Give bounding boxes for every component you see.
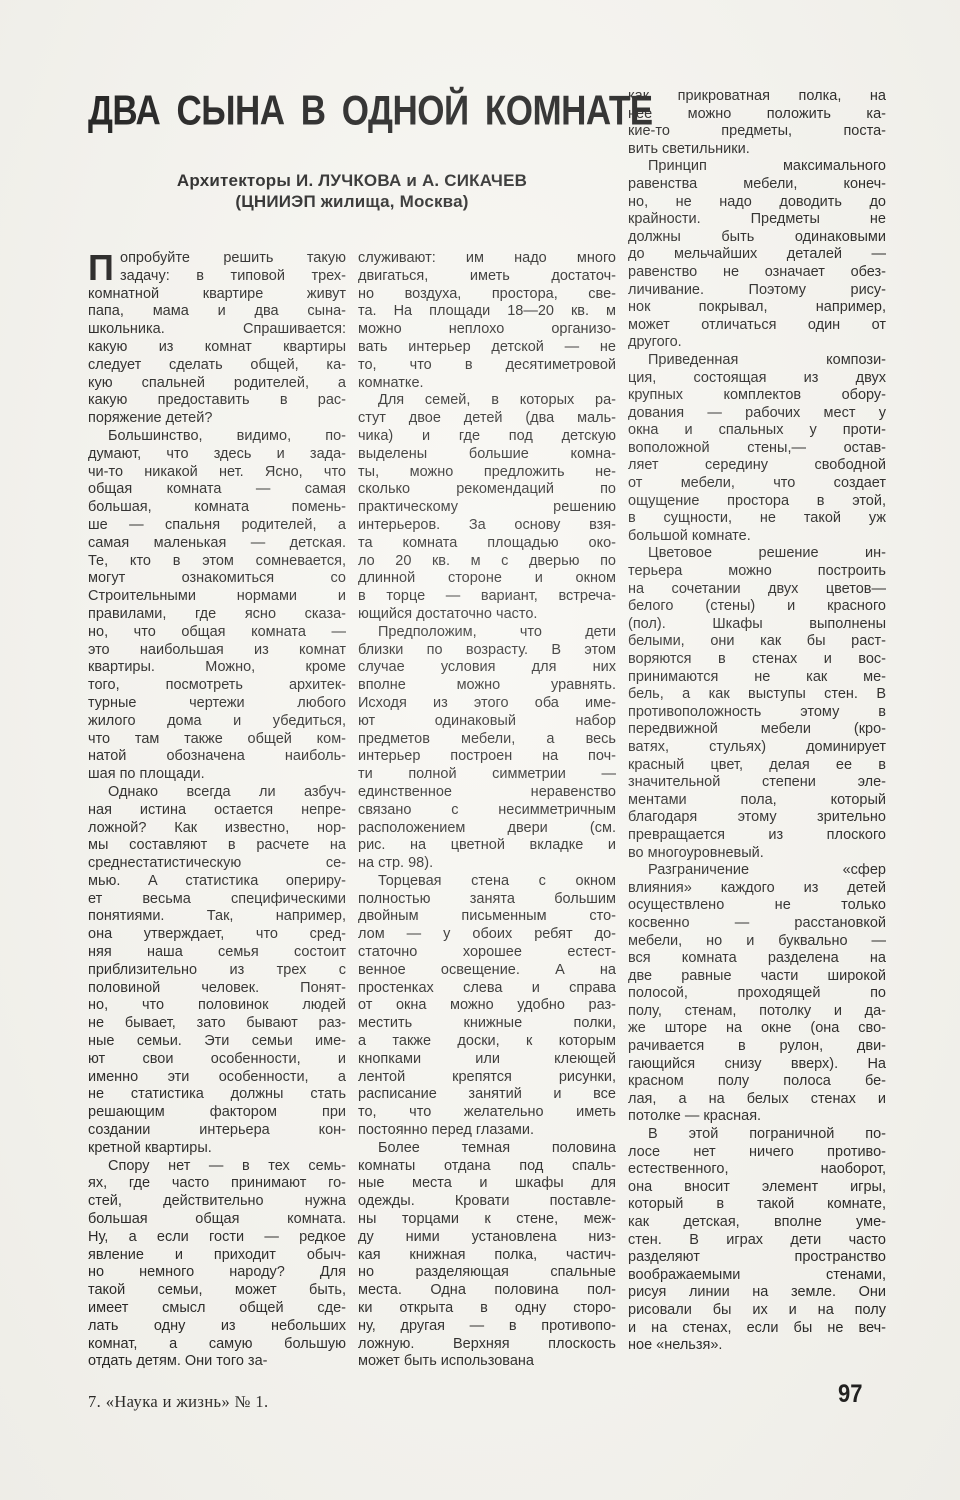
text-line: ти полной симметрии — [358,766,616,784]
text-line: ют свои особенности, и [88,1051,346,1069]
text-line: та комната площадью око- [358,535,616,553]
text-line: близки по возрасту. В этом [358,642,616,660]
text-line: двигаться, иметь достаточ- [358,268,616,286]
text-line: кую спальней родителей, а [88,375,346,393]
text-line: вся комната разделена на [628,950,886,968]
text-line: интерьер построен на поч- [358,748,616,766]
text-line: рачивается в рулон, дви- [628,1038,886,1056]
text-line: во многоуровневый. [628,845,886,863]
text-line: понятиями. Так, например, [88,908,346,926]
text-line: лосе нет ничего противо- [628,1144,886,1162]
paragraph: В этой пограничной по-лосе нет ничего пр… [628,1126,886,1355]
text-line: полностью занята большим [358,891,616,909]
text-line: равенства мебели, конеч- [628,176,886,194]
text-line: Те, кто в этом сомневается, [88,553,346,571]
text-line: общая комната — самая [88,481,346,499]
text-line: практическому решению [358,499,616,517]
magazine-page: ДВА СЫНА В ОДНОЙ КОМНАТЕ Архитекторы И. … [0,0,960,1500]
text-line: лать одну из небольших [88,1318,346,1336]
text-line: следует сделать общей, ка- [88,357,346,375]
text-line: Разграничение «сфер [628,862,886,880]
text-line: приблизительно из трех с [88,962,346,980]
byline-institute: (ЦНИИЭП жилища, Москва) [88,191,616,212]
drop-cap: П [88,251,114,285]
text-line: крайности. Предметы не [628,211,886,229]
text-line: стей, действительно нужна [88,1193,346,1211]
text-line: это наибольшая из комнат [88,642,346,660]
text-line: значительной степени эле- [628,774,886,792]
text-line: передвижной мебели (кро- [628,721,886,739]
text-line: комнаты отдана под спаль- [358,1158,616,1176]
text-line: постоянно перед глазами. [358,1122,616,1140]
text-line: ки открыта в одну сторо- [358,1300,616,1318]
paragraph: Цветовое решение ин-терьера можно постро… [628,545,886,862]
text-line: нок покрывал, например, [628,299,886,317]
text-line: ложной? Как известно, нор- [88,820,346,838]
text-line: равенство не означает обез- [628,264,886,282]
text-line: но, не надо доводить до [628,194,886,212]
text-line: полу, стенам, потолку и да- [628,1003,886,1021]
text-line: ду ними установлена низ- [358,1229,616,1247]
text-line: Цветовое решение ин- [628,545,886,563]
text-line: простенках слева и справа [358,980,616,998]
text-line: расположением двери (см. [358,820,616,838]
text-line: единственное неравенство [358,784,616,802]
text-line: ты, можно предложить не- [358,464,616,482]
text-line: то, что желательно иметь [358,1104,616,1122]
text-line: но, что половинок людей [88,997,346,1015]
text-line: стен. В играх дети часто [628,1232,886,1250]
text-line: решающим фактором при [88,1104,346,1122]
text-line: большая общая комната. [88,1211,346,1229]
text-line: но, что общая комната — [88,624,346,642]
text-line: интерьеров. За основу взя- [358,517,616,535]
text-line: Для семей, в которых ра- [358,392,616,410]
text-line: создании интерьера кон- [88,1122,346,1140]
text-line: чика) и где под детскую [358,428,616,446]
text-line: можно неплохо организо- [358,321,616,339]
text-line: косвенно — расстановкой [628,915,886,933]
paragraph: Большинство, видимо, по-думают, что здес… [88,428,346,784]
text-line: та. На площади 18—20 кв. м [358,303,616,321]
paragraph: Однако всегда ли азбуч-ная истина остает… [88,784,346,1158]
text-line: опробуйте решить такую [88,250,346,268]
text-line: (пол). Шкафы выполнены [628,616,886,634]
text-line: ет весьма специфическими [88,891,346,909]
text-line: сколько рекомендаций по [358,481,616,499]
text-line: ло 20 кв. м с дверью по [358,553,616,571]
text-line: ют одинаковый набор [358,713,616,731]
text-line: мебели, но и буквально — [628,933,886,951]
text-line: ная истина остается непре- [88,802,346,820]
text-line: комнатке. [358,375,616,393]
text-line: а также доски, к которым [358,1033,616,1051]
text-line: Предположим, что дети [358,624,616,642]
text-line: вить светильники. [628,141,886,159]
text-line: длинной стороне и окном [358,570,616,588]
text-line: задачу: в типовой трех- [88,268,346,286]
article-byline: Архитекторы И. ЛУЧКОВА и А. СИКАЧЕВ (ЦНИ… [88,170,616,212]
text-line: рисуя линии на земле. Они [628,1284,886,1302]
text-line: такой семьи, может быть, [88,1282,346,1300]
text-line: кнопками или клеющей [358,1051,616,1069]
text-line: но немного народу? Для [88,1264,346,1282]
text-line: ющийся достаточно часто. [358,606,616,624]
paragraph: Предположим, что детиблизки по возрасту.… [358,624,616,873]
text-line: крупных комплектов обору- [628,387,886,405]
text-line: ощущение простора в этой, [628,493,886,511]
text-line: другого. [628,334,886,352]
paragraph: Разграничение «сфервлияния» каждого из д… [628,862,886,1126]
text-line: влияния» каждого из детей [628,880,886,898]
text-line: ше — спальня родителей, а [88,517,346,535]
paragraph: Более темная половинакомнаты отдана под … [358,1140,616,1371]
text-line: ное «нельзя». [628,1337,886,1355]
text-line: кие-то предметы, поста- [628,123,886,141]
text-line: поряжение детей? [88,410,346,428]
text-line: ные семьи. Эти семьи име- [88,1033,346,1051]
text-line: который в такой комнате, [628,1196,886,1214]
text-line: окна и спальных у проти- [628,422,886,440]
text-line: ция, состоящая из двух [628,370,886,388]
text-line: Строительными нормами и [88,588,346,606]
text-line: В этой пограничной по- [628,1126,886,1144]
text-line: ны торцами к стене, меж- [358,1211,616,1229]
text-line: вать интерьер детской — не [358,339,616,357]
text-line: кая книжная полка, частич- [358,1247,616,1265]
text-line: ментами пола, который [628,792,886,810]
text-line: личивание. Поэтому рису- [628,282,886,300]
text-line: предметов мебели, а весь [358,731,616,749]
text-line: большая, комната помень- [88,499,346,517]
text-line: бель, а как выступы стен. В [628,686,886,704]
text-line: ватях, стульях) доминирует [628,739,886,757]
text-line: Спору нет — в тех семь- [88,1158,346,1176]
text-line: но разделяющая спальные [358,1264,616,1282]
text-line: что там также общей ком- [88,731,346,749]
text-line: отдать детям. Они того за- [88,1353,346,1371]
paragraph: Попробуйте решить такуюзадачу: в типовой… [88,250,346,428]
text-line: Более темная половина [358,1140,616,1158]
text-line: турные чертежи любого [88,695,346,713]
text-line: шая по площади. [88,766,346,784]
text-line: лая, а на белых стенах и [628,1091,886,1109]
text-line: вполне можно уравнять. [358,677,616,695]
text-line: лом — у обоих ребят до- [358,926,616,944]
text-line: может отличаться один от [628,317,886,335]
text-line: должны быть одинаковыми [628,229,886,247]
text-line: правилами, где ясно сказа- [88,606,346,624]
text-line: от окна можно удобно раз- [358,997,616,1015]
text-line: но воздуха, простора, све- [358,286,616,304]
text-line: как прикроватная полка, на [628,88,886,106]
text-line: нее можно положить ка- [628,106,886,124]
text-line: рис. на цветной вкладке и [358,837,616,855]
text-line: мью. А статистика опериру- [88,873,346,891]
text-line: думают, что здесь и зада- [88,446,346,464]
text-line: явление и приходит обыч- [88,1247,346,1265]
text-line: именно эти особенности, а [88,1069,346,1087]
text-line: того, посмотреть архитек- [88,677,346,695]
text-line: на стр. 98). [358,855,616,873]
text-line: гающийся снизу вверх). На [628,1056,886,1074]
text-line: выделены большие комна- [358,446,616,464]
article-header: ДВА СЫНА В ОДНОЙ КОМНАТЕ Архитекторы И. … [88,88,616,212]
paragraph: Торцевая стена с окномполностью занята б… [358,873,616,1140]
text-line: от мебели, что создает [628,475,886,493]
text-line: превращается из плоского [628,827,886,845]
text-line: она вносит элемент игры, [628,1179,886,1197]
text-line: чи-то никакой нет. Ясно, что [88,464,346,482]
text-line: Ну, а если гости — редкое [88,1229,346,1247]
text-line: противоположность этому в [628,704,886,722]
text-line: ях, где часто принимают го- [88,1175,346,1193]
text-line: комнатной квартире живут [88,286,346,304]
text-line: служивают: им надо много [358,250,616,268]
text-line: половиной человек. Понят- [88,980,346,998]
text-line: одежды. Кровати поставле- [358,1193,616,1211]
byline-authors: Архитекторы И. ЛУЧКОВА и А. СИКАЧЕВ [88,170,616,191]
text-line: папа, мама и два сына- [88,303,346,321]
text-line: какую предоставить в рас- [88,392,346,410]
text-line: белого (стены) и красного [628,598,886,616]
text-line: жилого дома и убедиться, [88,713,346,731]
text-line: же шторе на окне (она сво- [628,1020,886,1038]
text-line: среднестатистическую се- [88,855,346,873]
text-line: натой обозначена наиболь- [88,748,346,766]
text-line: может быть использована [358,1353,616,1371]
text-line: случае условия для них [358,659,616,677]
text-line: самая маленькая — детская. [88,535,346,553]
text-line: воряются в стенах и вос- [628,651,886,669]
text-line: рисовали бы их и на полу [628,1302,886,1320]
text-line: Большинство, видимо, по- [88,428,346,446]
text-line: школьника. Спрашивается: [88,321,346,339]
text-line: комнат, а самую большую [88,1336,346,1354]
text-line: естественного, наоборот, [628,1161,886,1179]
text-line: Торцевая стена с окном [358,873,616,891]
text-line: и на стенах, если бы не веч- [628,1320,886,1338]
text-line: в сущности, не такой уж [628,510,886,528]
paragraph: Спору нет — в тех семь-ях, где часто при… [88,1158,346,1372]
text-line: квартиры. Можно, кроме [88,659,346,677]
text-line: красный цвет, делая ее в [628,757,886,775]
paragraph: Приведенная компози-ция, состоящая из дв… [628,352,886,546]
text-column-3: как прикроватная полка, нанее можно поло… [628,88,886,1355]
page-number: 97 [838,1379,862,1409]
text-line: какую из комнат квартиры [88,339,346,357]
paragraph: Для семей, в которых ра-стут двое детей … [358,392,616,623]
text-line: две равные части широкой [628,968,886,986]
text-line: Принцип максимального [628,158,886,176]
text-line: красном полу полоса бе- [628,1073,886,1091]
text-line: как детская, вполне уме- [628,1214,886,1232]
text-line: места. Одна половина пол- [358,1282,616,1300]
text-line: двойным письменным сто- [358,908,616,926]
text-line: дования — рабочих мест у [628,405,886,423]
text-line: принимаются не как ме- [628,669,886,687]
text-line: ложную. Верхняя плоскость [358,1336,616,1354]
text-column-2: служивают: им надо многодвигаться, иметь… [358,250,616,1371]
text-line: могут ознакомиться со [88,570,346,588]
text-line: венное освещение. А на [358,962,616,980]
text-line: статочно хорошее естест- [358,944,616,962]
issue-footnote: 7. «Наука и жизнь» № 1. [88,1392,269,1412]
text-line: воображаемыми стенами, [628,1267,886,1285]
text-line: то, что в десятиметровой [358,357,616,375]
text-line: кретной квартиры. [88,1140,346,1158]
text-line: Исходя из этого оба име- [358,695,616,713]
text-line: большой комнате. [628,528,886,546]
text-line: белыми, они как бы раст- [628,633,886,651]
text-line: связано с несимметричным [358,802,616,820]
text-line: имеет смысл общей сде- [88,1300,346,1318]
text-line: полосой, проходящей по [628,985,886,1003]
text-line: мы составляют в расчете на [88,837,346,855]
text-line: местить книжные полки, [358,1015,616,1033]
paragraph: Принцип максимальногоравенства мебели, к… [628,158,886,352]
text-line: не бывает, зато бывают раз- [88,1015,346,1033]
paragraph: служивают: им надо многодвигаться, иметь… [358,250,616,392]
text-line: стут двое детей (два маль- [358,410,616,428]
text-line: не статистика должны стать [88,1086,346,1104]
text-line: до мельчайших деталей — [628,246,886,264]
text-line: Однако всегда ли азбуч- [88,784,346,802]
text-line: расписание занятий и все [358,1086,616,1104]
text-line: осуществлено не только [628,897,886,915]
text-line: терьера можно построить [628,563,886,581]
text-line: воположной стены,— остав- [628,440,886,458]
paragraph: как прикроватная полка, нанее можно поло… [628,88,886,158]
text-line: разделяют пространство [628,1249,886,1267]
text-line: она утверждает, что сред- [88,926,346,944]
text-line: ные места и шкафы для [358,1175,616,1193]
text-line: ляет середину свободной [628,457,886,475]
text-line: в торце — вариант, встреча- [358,588,616,606]
text-line: лентой крепятся рисунки, [358,1069,616,1087]
text-line: няя наша семья состоит [88,944,346,962]
text-column-1: Попробуйте решить такуюзадачу: в типовой… [88,250,346,1371]
text-line: благодаря этому зрительно [628,809,886,827]
text-line: на сочетании двух цветов— [628,581,886,599]
text-line: ну, другая — в противопо- [358,1318,616,1336]
text-line: потолке — красная. [628,1108,886,1126]
text-line: Приведенная компози- [628,352,886,370]
page-title: ДВА СЫНА В ОДНОЙ КОМНАТЕ [88,88,616,135]
